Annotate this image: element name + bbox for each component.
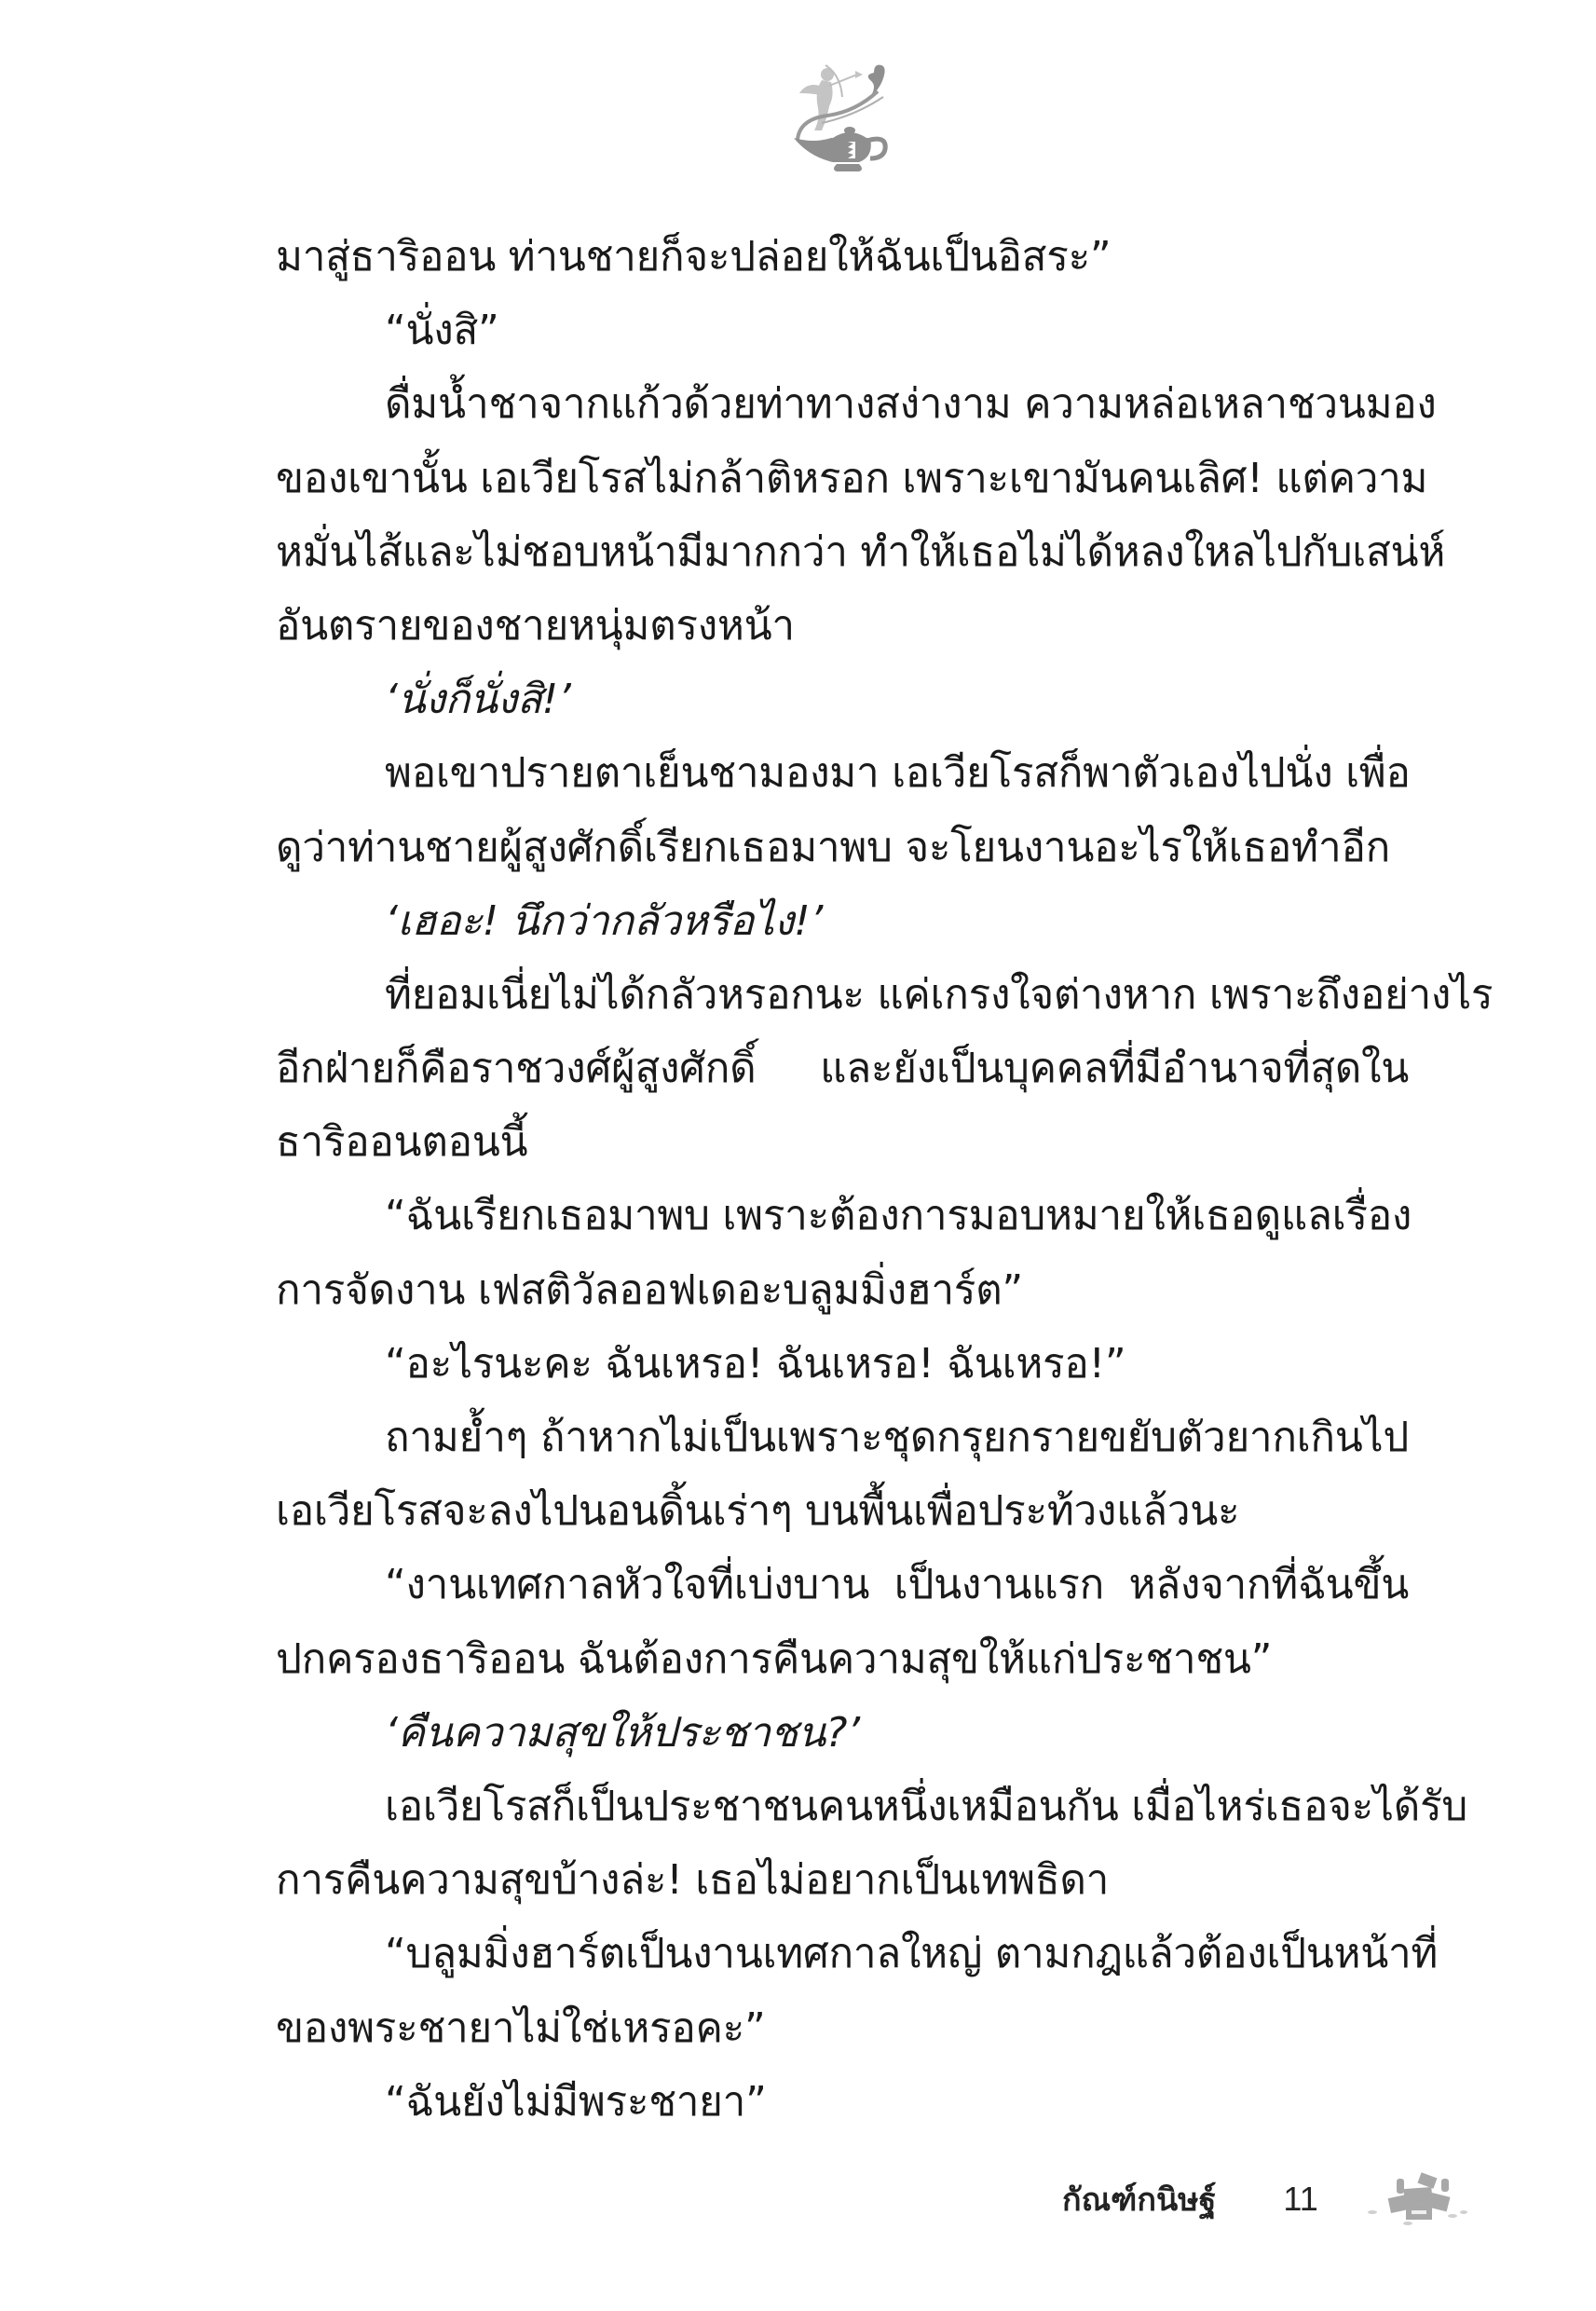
text-line: เอเวียโรสจะลงไปนอนดิ้นเร่าๆ บนพื้นเพื่อป… — [276, 1474, 1409, 1548]
page-number: 11 — [1283, 2180, 1317, 2219]
money-pile-icon — [1363, 2171, 1475, 2227]
dialogue-line: “บลูมมิ่งฮาร์ตเป็นงานเทศกาลใหญ่ ตามกฎแล้… — [276, 1917, 1409, 1990]
text-line: อันตรายของชายหนุ่มตรงหน้า — [276, 589, 1409, 663]
body-text: มาสู่ธาริออน ท่านชายก็จะปล่อยให้ฉันเป็นอ… — [276, 220, 1409, 2139]
text-line: ปกครองธาริออน ฉันต้องการคืนความสุขให้แก่… — [276, 1622, 1409, 1696]
text-line: พอเขาปรายตาเย็นชามองมา เอเวียโรสก็พาตัวเ… — [276, 736, 1409, 810]
dialogue-line: “งานเทศกาลหัวใจที่เบ่งบาน เป็นงานแรก หลั… — [276, 1548, 1409, 1621]
thought-line: ‘เฮอะ! นึกว่ากลัวหรือไง!’ — [276, 884, 1409, 958]
page-footer: กัณฑ์กนิษฐ์ 11 — [1062, 2171, 1475, 2227]
text-line: เอเวียโรสก็เป็นประชาชนคนหนึ่งเหมือนกัน เ… — [276, 1770, 1409, 1843]
dialogue-line: “ฉันเรียกเธอมาพบ เพราะต้องการมอบหมายให้เ… — [276, 1179, 1409, 1252]
text-line: ของพระชายาไม่ใช่เหรอคะ” — [276, 1991, 1409, 2065]
text-line: ที่ยอมเนี่ยไม่ได้กลัวหรอกนะ แค่เกรงใจต่า… — [276, 958, 1409, 1032]
dialogue-line: “อะไรนะคะ ฉันเหรอ! ฉันเหรอ! ฉันเหรอ!” — [276, 1327, 1409, 1401]
text-line: การคืนความสุขบ้างล่ะ! เธอไม่อยากเป็นเทพธ… — [276, 1843, 1409, 1917]
text-line: มาสู่ธาริออน ท่านชายก็จะปล่อยให้ฉันเป็นอ… — [276, 220, 1409, 294]
text-line: ดูว่าท่านชายผู้สูงศักดิ์เรียกเธอมาพบ จะโ… — [276, 811, 1409, 884]
text-line: ถามย้ำๆ ถ้าหากไม่เป็นเพราะชุดกรุยกรายขยั… — [276, 1401, 1409, 1474]
text-line: ดื่มน้ำชาจากแก้วด้วยท่าทางสง่างาม ความหล… — [276, 367, 1409, 441]
text-line: ของเขานั้น เอเวียโรสไม่กล้าติหรอก เพราะเ… — [276, 442, 1409, 515]
text-line: “นั่งสิ” — [276, 294, 1409, 367]
author-name: กัณฑ์กนิษฐ์ — [1062, 2174, 1216, 2224]
thought-line: ‘นั่งก็นั่งสิ!’ — [276, 663, 1409, 736]
thought-line: ‘คืนความสุขให้ประชาชน?’ — [276, 1696, 1409, 1770]
text-line: การจัดงาน เฟสติวัลออฟเดอะบลูมมิ่งฮาร์ต” — [276, 1253, 1409, 1327]
text-line: หมั่นไส้และไม่ชอบหน้ามีมากกว่า ทำให้เธอไ… — [276, 515, 1409, 589]
text-line: อีกฝ่ายก็คือราชวงศ์ผู้สูงศักดิ์ และยังเป… — [276, 1032, 1409, 1105]
dialogue-line: “ฉันยังไม่มีพระชายา” — [276, 2065, 1409, 2139]
text-line: ธาริออนตอนนี้ — [276, 1105, 1409, 1179]
genie-lamp-cupid-icon — [781, 54, 897, 173]
